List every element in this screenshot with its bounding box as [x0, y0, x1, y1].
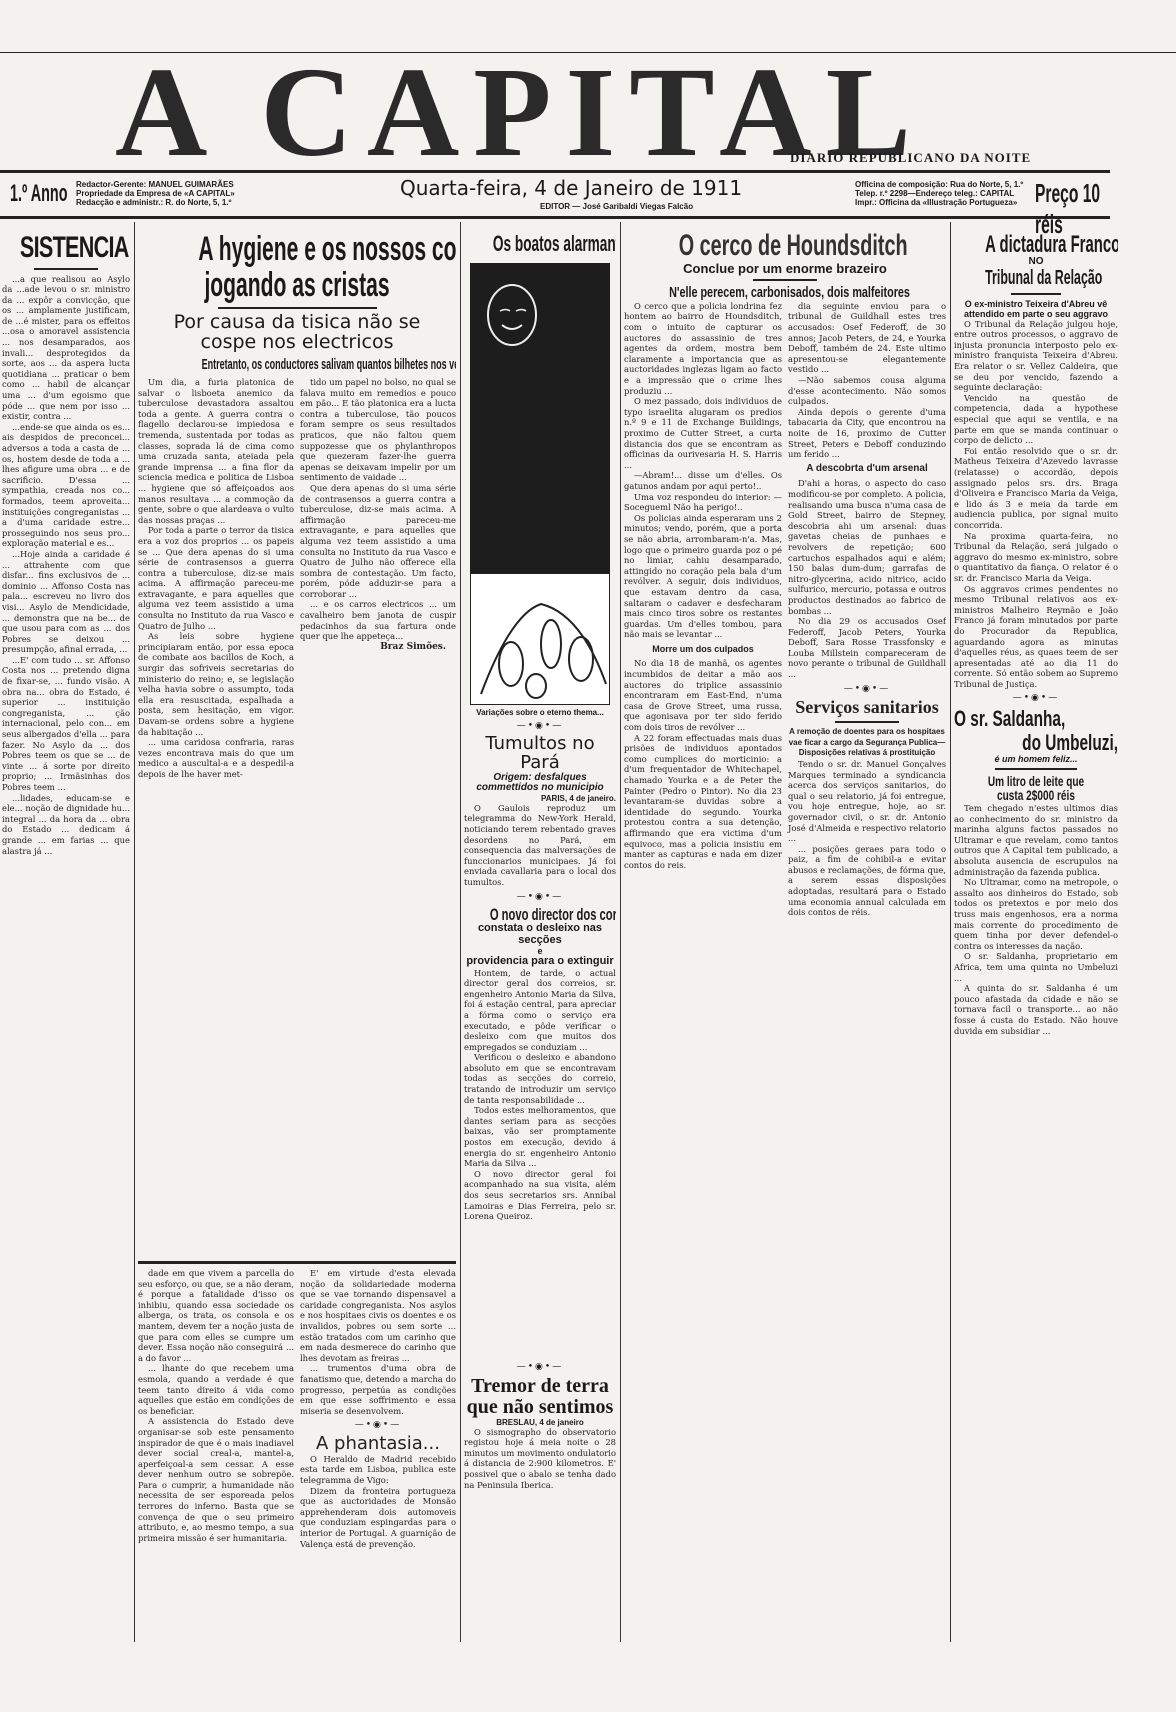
- headline: jogando as cristas: [198, 268, 395, 304]
- article-continuation: dade em que vivem a parcella do seu esfo…: [138, 1268, 456, 1549]
- article-hygiene: A hygiene e os nossos costumes jogando a…: [138, 222, 456, 1652]
- article-assistencia: SISTENCIA ...a que realisou ao Asylo da …: [2, 222, 130, 1652]
- column-divider: [134, 222, 135, 1642]
- paragraph: ... lhante do que recebem uma esmola, qu…: [138, 1363, 294, 1416]
- section-heading: Morre um dos culpados: [624, 644, 782, 655]
- text-column: dade em que vivem a parcella do seu esfo…: [138, 1268, 294, 1549]
- caption: Variações sobre o eterno thema...: [464, 708, 616, 717]
- credit-line: Propriedade da Empresa de «A CAPITAL»: [76, 189, 235, 198]
- divider: [218, 307, 377, 309]
- headline: O sr. Saldanha,: [954, 707, 1069, 730]
- paragraph: O cerco que a policia londrina fez honte…: [624, 301, 782, 396]
- paragraph: No dia 18 de manhã, os agentes incumbido…: [624, 658, 782, 732]
- cartoon-illustration: [470, 263, 610, 573]
- paragraph: A assistencia do Estado deve organisar-s…: [138, 1416, 294, 1543]
- article-body: Hontem, de tarde, o actual director gera…: [464, 968, 616, 1358]
- dateline: PARIS, 4 de janeiro.: [464, 794, 616, 803]
- headline: que não sentimos: [464, 1397, 616, 1418]
- text-column: Um dia, a furia platonica de salvar o li…: [138, 377, 294, 1257]
- info-bar: 1.º Anno Redactor-Gerente: MANUEL GUIMAR…: [0, 176, 1176, 216]
- paragraph: Que dera apenas do si uma série de contr…: [300, 483, 456, 600]
- headline: A dictadura Franco: [985, 232, 1087, 257]
- article-body: Um dia, a furia platonica de salvar o li…: [138, 377, 456, 1257]
- section-rule: [138, 1261, 456, 1264]
- article-body: ...a que realisou ao Asylo da ...ade lev…: [2, 274, 130, 857]
- paragraph: Tendo o sr. dr. Manuel Gonçalves Marques…: [788, 759, 946, 844]
- headline: SISTENCIA: [20, 232, 112, 264]
- paragraph: ... trumentos d'uma obra de fanatismo qu…: [300, 1363, 456, 1416]
- headline: Os boatos alarmantes: [493, 232, 587, 255]
- text-column: O cerco que a policia londrina fez honte…: [624, 301, 782, 918]
- deck: Entretanto, os conductores salivam quant…: [202, 357, 393, 373]
- column-divider: [620, 222, 621, 1642]
- paragraph: Os aggravos crimes pendentes no mesmo Tr…: [954, 584, 1118, 690]
- article-boatos: Os boatos alarmantes Variações sobre o e…: [464, 222, 616, 1652]
- paragraph: Na proxima quarta-feira, no Tribunal da …: [954, 531, 1118, 584]
- subheadline: providencia para o extinguir: [464, 956, 616, 968]
- paragraph: E' em virtude d'esta elevada noção da so…: [300, 1268, 456, 1363]
- divider: [34, 268, 98, 270]
- masthead-tagline: DIARIO REPUBLICANO DA NOITE: [790, 150, 1031, 166]
- subheadline: Origem: desfalques commettidos no munici…: [464, 773, 616, 794]
- newspaper-page: A CAPITAL DIARIO REPUBLICANO DA NOITE 1.…: [0, 0, 1176, 1712]
- headline: O novo director dos correios: [490, 906, 590, 924]
- ornament-divider: —•◉•—: [300, 1420, 456, 1431]
- headline: A phantasia...: [300, 1435, 456, 1454]
- paragraph: Foi então resolvido que o sr. dr. Matheu…: [954, 446, 1118, 531]
- crowd-illustration: [470, 573, 610, 705]
- paragraph: Dizem da fronteira portugueza que as auc…: [300, 1486, 456, 1550]
- article-body: O sismographo do observatorio registou h…: [464, 1427, 616, 1491]
- ornament-divider: —•◉•—: [464, 892, 616, 902]
- ornament-divider: —•◉•—: [464, 721, 616, 731]
- deck: N'elle perecem, carbonisados, dois malfe…: [669, 285, 901, 301]
- paragraph: A quinta do sr. Saldanha é um pouco afas…: [954, 983, 1118, 1036]
- tagline: é um homem feliz...: [954, 754, 1118, 764]
- subheadline: Um litro de leite que custa 2$000 réis: [977, 774, 1095, 803]
- article-body: O Tribunal da Relação julgou hoje, entre…: [954, 319, 1118, 690]
- paragraph: O Heraldo de Madrid recebido esta tarde …: [300, 1454, 456, 1486]
- divider: [753, 279, 817, 281]
- subheadline: A remoção de doentes para os hospitaes v…: [788, 727, 946, 759]
- divider: [835, 721, 898, 723]
- article-body: O Gaulois reproduz um telegramma do New-…: [464, 803, 616, 888]
- dateline: BRESLAU, 4 de janeiro: [464, 1418, 616, 1427]
- paragraph: Ainda depois o gerente d'uma tabacaria d…: [788, 407, 946, 460]
- paragraph: Vencido na questão de competencia, dada …: [954, 393, 1118, 446]
- paragraph: No Ultramar, como na metropole, o assalt…: [954, 877, 1118, 951]
- subheadline: Conclue por um enorme brazeiro: [624, 262, 946, 276]
- column-divider: [950, 222, 951, 1642]
- column-divider: [460, 222, 461, 1642]
- moon-face-icon: [470, 263, 610, 573]
- paragraph: O sr. Saldanha, proprietario em Africa, …: [954, 951, 1118, 983]
- paragraph: dia seguinte enviou para o tribunal de G…: [788, 301, 946, 375]
- paragraph: O mez passado, dois individuos de typo i…: [624, 396, 782, 470]
- paragraph: —Abram!... disse um d'elles. Os gatunos …: [624, 470, 782, 491]
- divider: [995, 768, 1077, 770]
- info-bar-bottom-rule: [0, 216, 1110, 219]
- paragraph: ... posições geraes para todo o paiz, a …: [788, 844, 946, 918]
- headline: O cerco de Houndsditch: [679, 230, 892, 262]
- paragraph: ... e os carros electricos ... um cavalh…: [300, 599, 456, 641]
- ornament-divider: —•◉•—: [954, 693, 1118, 703]
- ornament-divider: —•◉•—: [788, 684, 946, 695]
- paragraph: D'ahi a horas, o aspecto do caso modific…: [788, 478, 946, 616]
- paragraph: —Não sabemos cousa alguma d'esse acontec…: [788, 375, 946, 407]
- paragraph: ...lidades, educam-se e ele... noção de …: [2, 793, 130, 857]
- headline: do Umbeluzi,: [1003, 731, 1118, 754]
- paragraph: Por toda a parte o terror da tisica era …: [138, 525, 294, 631]
- paragraph: O Tribunal da Relação julgou hoje, entre…: [954, 319, 1118, 393]
- text-column: tido um papel no bolso, no qual se falav…: [300, 377, 456, 1257]
- paragraph: O sismographo do observatorio registou h…: [464, 1427, 616, 1491]
- subheadline: O ex-ministro Teixeira d'Abreu vê attend…: [954, 299, 1118, 319]
- headline: A hygiene e os nossos costumes: [198, 232, 395, 268]
- office-line: Impr.: Officina da «Illustração Portugue…: [855, 198, 1023, 207]
- text-column: dia seguinte enviou para o tribunal de G…: [788, 301, 946, 918]
- year-label: 1.º Anno: [10, 180, 68, 208]
- office-info: Officina de composição: Rua do Norte, 5,…: [855, 180, 1023, 207]
- paragraph: O novo director geral foi acompanhado na…: [464, 1169, 616, 1222]
- paragraph: As leis sobre hygiene principiaram então…: [138, 631, 294, 737]
- signature: Braz Simões.: [300, 642, 456, 653]
- subheadline: constata o desleixo nas secções: [464, 923, 616, 946]
- section-heading: A descobrta d'um arsenal: [788, 464, 946, 475]
- paragraph: Verificou o desleixo e abandono absoluto…: [464, 1052, 616, 1105]
- paragraph: ... uma caridosa confraria, raras vezes …: [138, 737, 294, 779]
- text-column: E' em virtude d'esta elevada noção da so…: [300, 1268, 456, 1549]
- paragraph: Os policias ainda esperaram uns 2 minuto…: [624, 513, 782, 640]
- editor-line: EDITOR — José Garibaldi Viegas Falcão: [540, 202, 693, 211]
- paragraph: Hontem, de tarde, o actual director gera…: [464, 968, 616, 1053]
- ornament-divider: —•◉•—: [464, 1362, 616, 1372]
- article-body: O cerco que a policia londrina fez honte…: [624, 301, 946, 918]
- dogs-illustration-icon: [471, 574, 610, 704]
- article-dictadura: A dictadura Franco NO Tribunal da Relaçã…: [954, 222, 1118, 1652]
- paragraph: ...Hoje ainda a caridade é ... attrahent…: [2, 549, 130, 655]
- subheadline: Por causa da tisica não se cospe nos ele…: [138, 313, 456, 353]
- credits: Redactor-Gerente: MANUEL GUIMARÃES Propr…: [76, 180, 235, 207]
- paragraph: tido um papel no bolso, no qual se falav…: [300, 377, 456, 483]
- paragraph: Tem chegado n'estes ultimos dias ao conh…: [954, 803, 1118, 877]
- article-houndsditch: O cerco de Houndsditch Conclue por um en…: [624, 222, 946, 1652]
- paragraph: No dia 29 os accusados Osef Federoff, Ja…: [788, 616, 946, 680]
- credit-line: Redacção e administr.: R. do Norte, 5, 1…: [76, 198, 235, 207]
- credit-line: Redactor-Gerente: MANUEL GUIMARÃES: [76, 180, 235, 189]
- headline: Tremor de terra: [464, 1376, 616, 1397]
- paragraph: ...ende-se que ainda os es... ais despid…: [2, 422, 130, 549]
- paragraph: ...E' com tudo ... sr. Affonso Costa nos…: [2, 655, 130, 793]
- paragraph: Um dia, a furia platonica de salvar o li…: [138, 377, 294, 525]
- article-body: Tem chegado n'estes ultimos dias ao conh…: [954, 803, 1118, 1036]
- headline: Tribunal da Relação: [985, 268, 1087, 289]
- issue-date: Quarta-feira, 4 de Janeiro de 1911: [400, 176, 742, 200]
- headline: Serviços sanitarios: [788, 698, 946, 717]
- paragraph: dade em que vivem a parcella do seu esfo…: [138, 1268, 294, 1363]
- divider: [1011, 293, 1060, 295]
- paragraph: Uma voz respondeu do interior: —Soceguem…: [624, 492, 782, 513]
- paragraph: Todos estes melhoramentos, que dantes se…: [464, 1105, 616, 1169]
- office-line: Telep. r.º 2298—Endereço teleg.: CAPITAL: [855, 189, 1023, 198]
- office-line: Officina de composição: Rua do Norte, 5,…: [855, 180, 1023, 189]
- paragraph: ...a que realisou ao Asylo da ...ade lev…: [2, 274, 130, 422]
- paragraph: A 22 foram effectuadas mais duas prisões…: [624, 733, 782, 871]
- paragraph: O Gaulois reproduz um telegramma do New-…: [464, 803, 616, 888]
- headline: Tumultos no Pará: [464, 735, 616, 773]
